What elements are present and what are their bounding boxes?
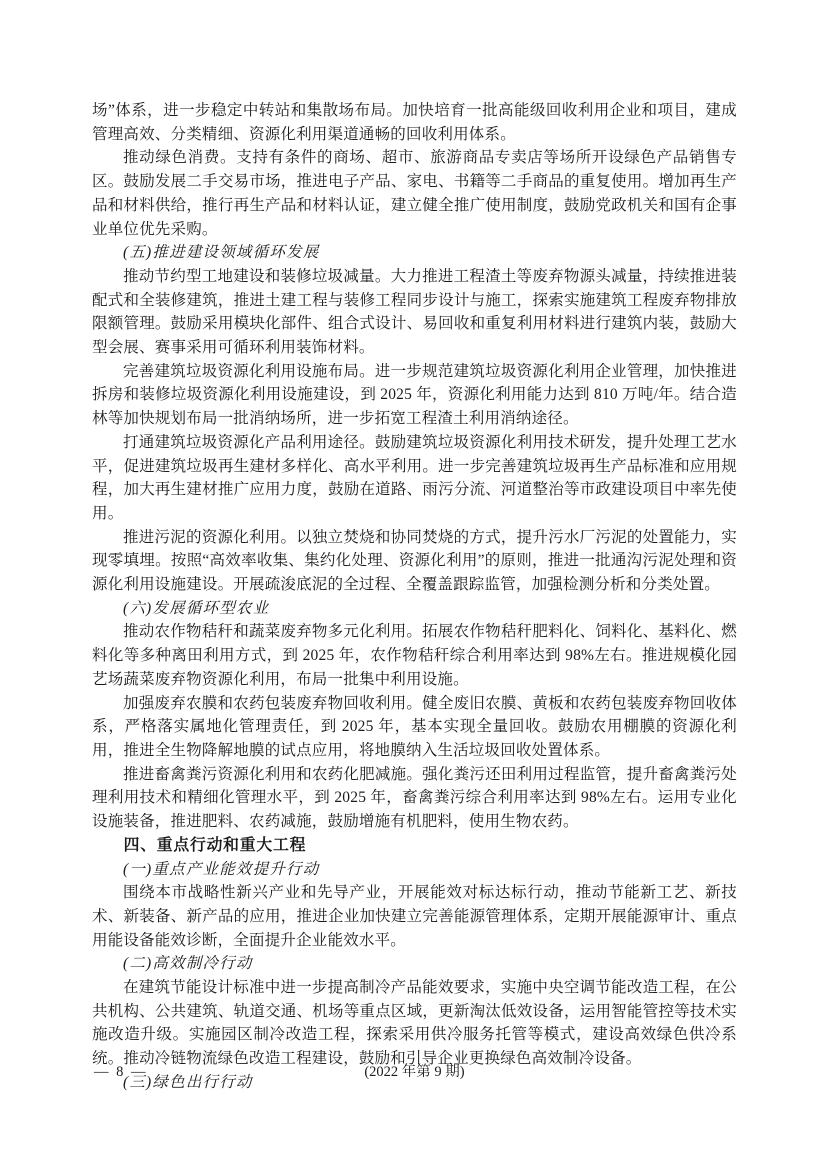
heading-part-4: 四、重点行动和重大工程 bbox=[92, 834, 737, 858]
paragraph: 在建筑节能设计标准中进一步提高制冷产品能效要求，实施中央空调节能改造工程，在公共… bbox=[92, 976, 737, 1071]
page-footer: — 8 — (2022 年第 9 期) bbox=[92, 1060, 737, 1084]
paragraph: 加强废弃农膜和农药包装废弃物回收利用。健全废旧农膜、黄板和农药包装废弃物回收体系… bbox=[92, 692, 737, 763]
page-number: — 8 — bbox=[94, 1060, 148, 1084]
heading-action-1: (一)重点产业能效提升行动 bbox=[92, 858, 737, 882]
heading-section-6: (六)发展循环型农业 bbox=[92, 597, 737, 621]
paragraph: 完善建筑垃圾资源化利用设施布局。进一步规范建筑垃圾资源化利用企业管理，加快推进拆… bbox=[92, 360, 737, 431]
heading-section-5: (五)推进建设领域循环发展 bbox=[92, 241, 737, 265]
paragraph: 推动绿色消费。支持有条件的商场、超市、旅游商品专卖店等场所开设绿色产品销售专区。… bbox=[92, 146, 737, 241]
paragraph: 推进污泥的资源化利用。以独立焚烧和协同焚烧的方式，提升污水厂污泥的处置能力，实现… bbox=[92, 526, 737, 597]
paragraph: 推动农作物秸秆和蔬菜废弃物多元化利用。拓展农作物秸秆肥料化、饲料化、基料化、燃料… bbox=[92, 620, 737, 691]
paragraph: 推进畜禽粪污资源化利用和农药化肥减施。强化粪污还田利用过程监管，提升畜禽粪污处理… bbox=[92, 763, 737, 834]
paragraph: 打通建筑垃圾资源化产品利用途径。鼓励建筑垃圾资源化利用技术研发，提升处理工艺水平… bbox=[92, 431, 737, 526]
paragraph: 场”体系，进一步稳定中转站和集散场布局。加快培育一批高能级回收利用企业和项目，建… bbox=[92, 99, 737, 146]
issue-label: (2022 年第 9 期) bbox=[364, 1060, 464, 1084]
document-page: 场”体系，进一步稳定中转站和集散场布局。加快培育一批高能级回收利用企业和项目，建… bbox=[92, 99, 737, 1095]
paragraph: 围绕本市战略性新兴产业和先导产业，开展能效对标达标行动，推动节能新工艺、新技术、… bbox=[92, 881, 737, 952]
heading-action-2: (二)高效制冷行动 bbox=[92, 952, 737, 976]
paragraph: 推动节约型工地建设和装修垃圾减量。大力推进工程渣土等废弃物源头减量，持续推进装配… bbox=[92, 265, 737, 360]
